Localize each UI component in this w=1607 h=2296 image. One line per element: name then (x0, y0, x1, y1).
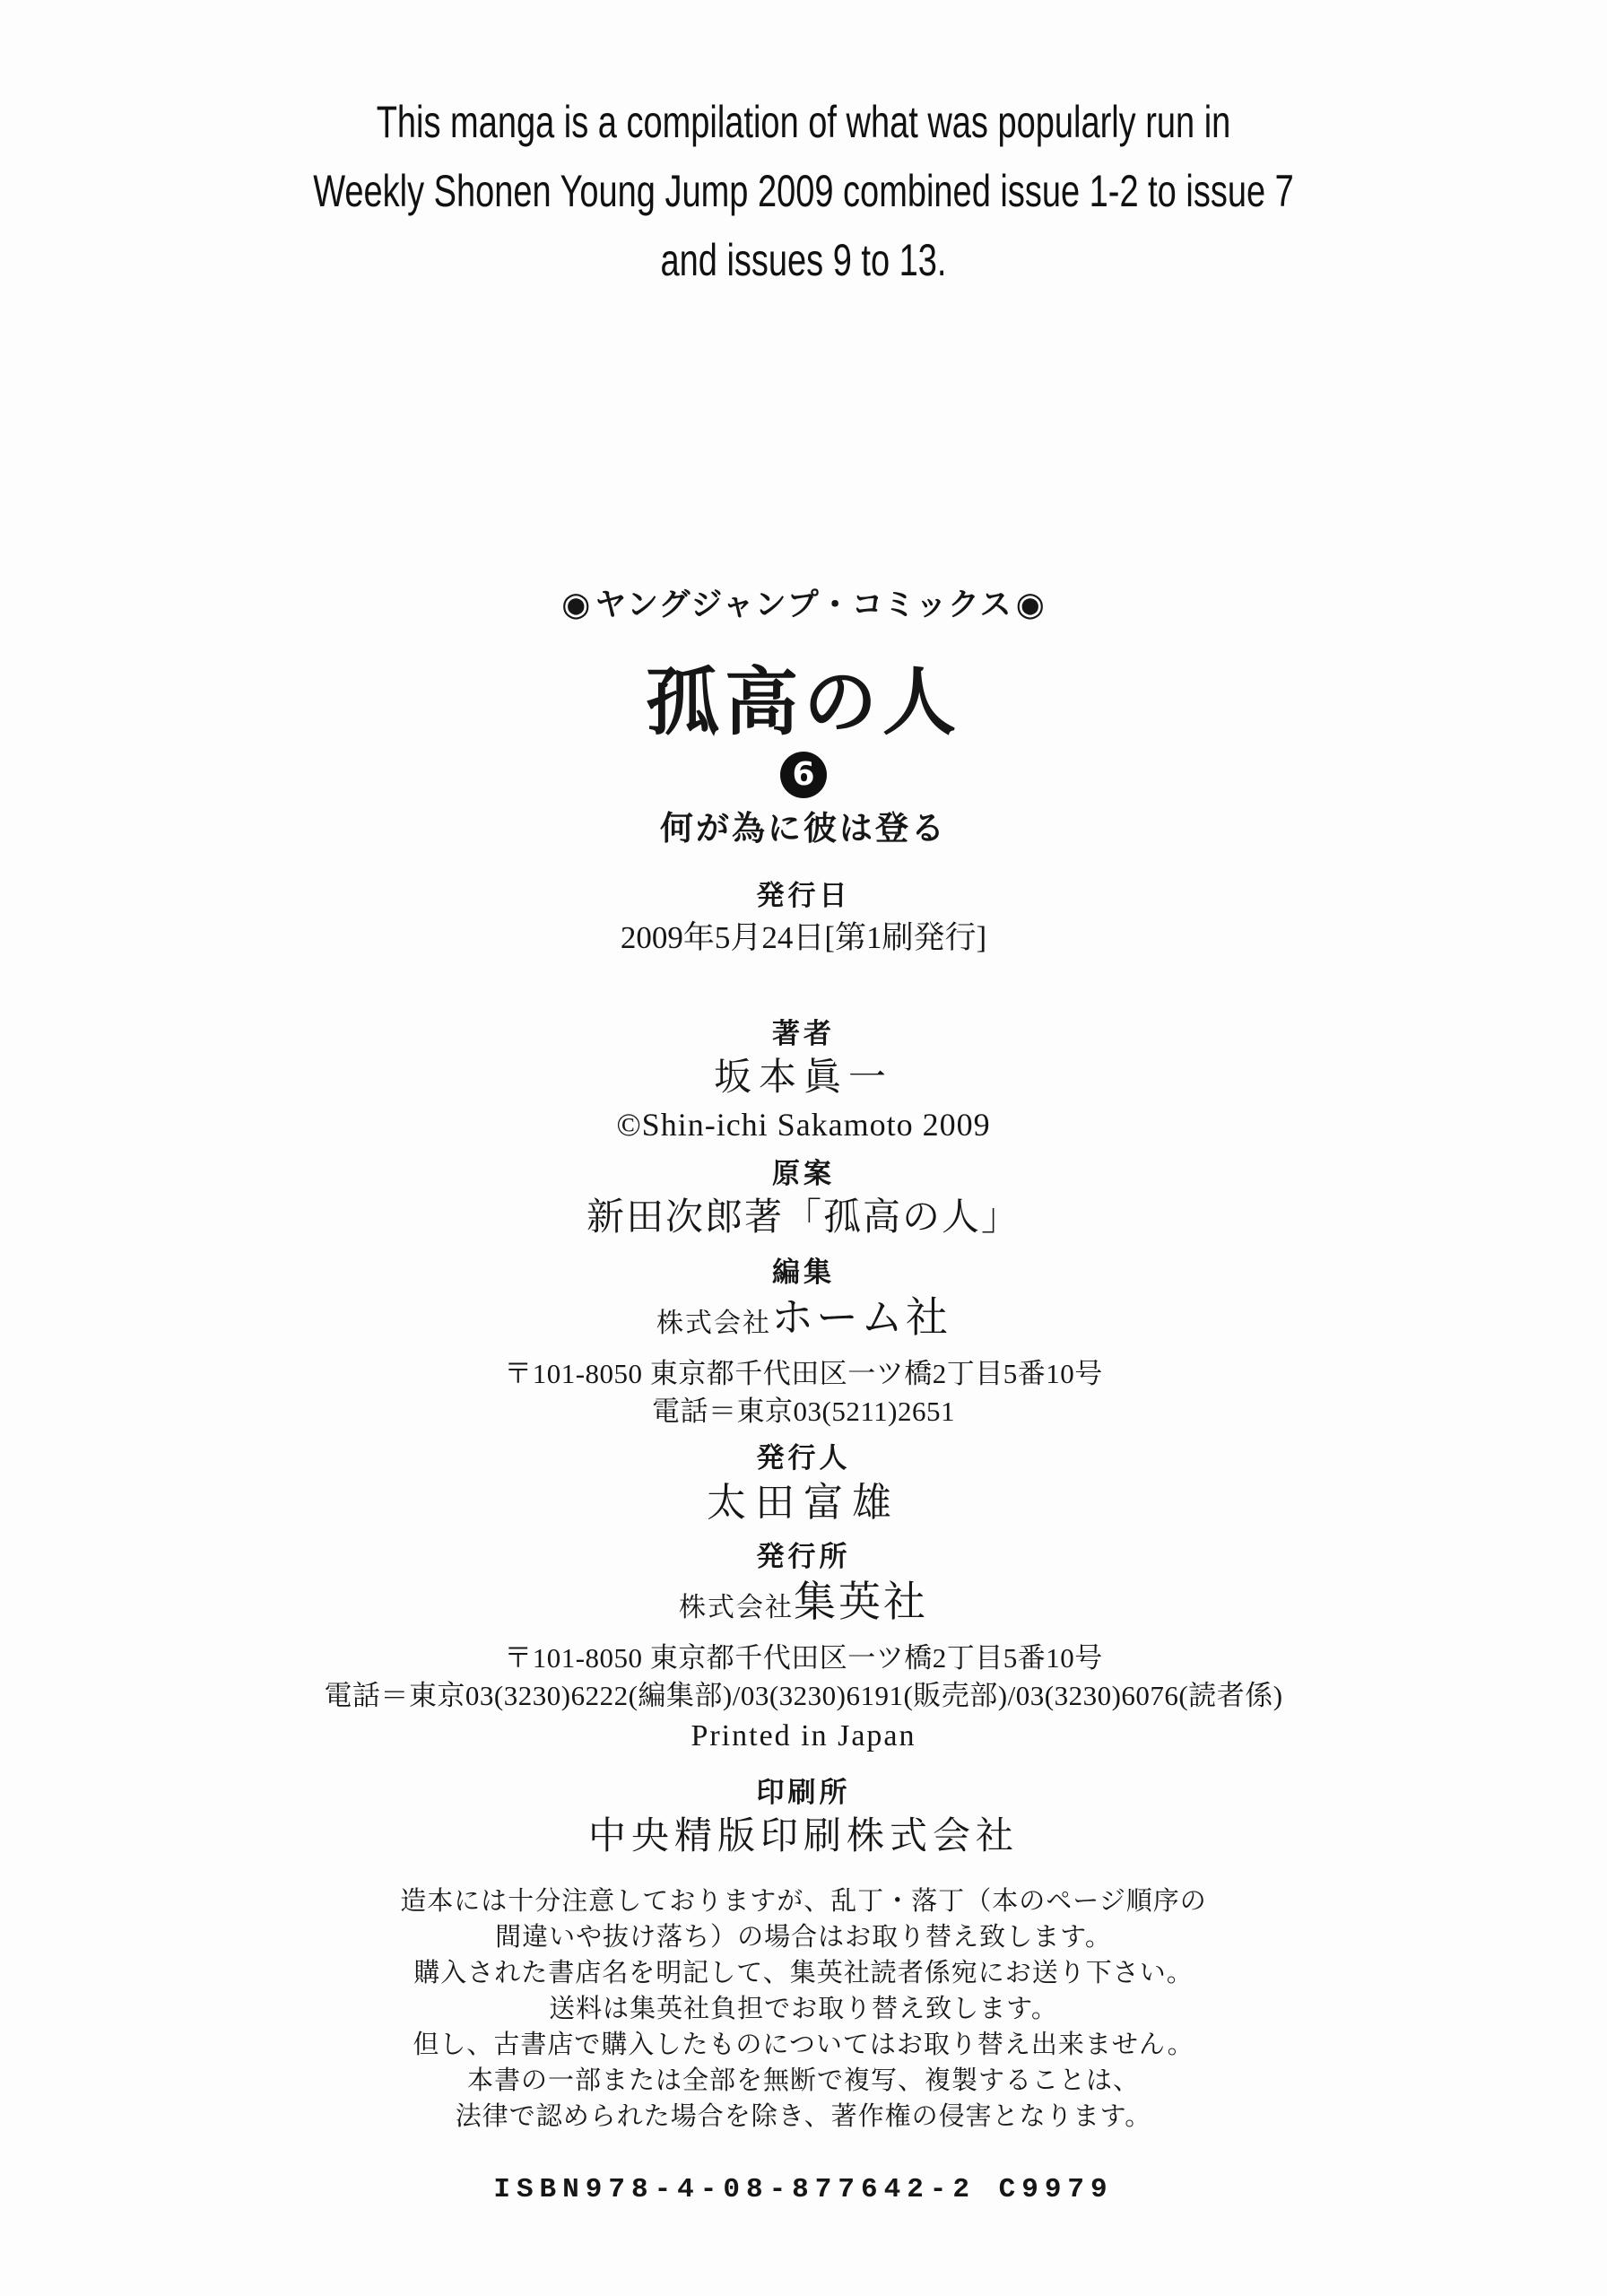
section-publication-date: 発行日 2009年5月24日[第1刷発行] (0, 877, 1607, 960)
original-story-value: 新田次郎著「孤高の人」 (0, 1193, 1607, 1243)
publication-date-value: 2009年5月24日[第1刷発行] (0, 917, 1607, 960)
editing-label: 編集 (0, 1254, 1607, 1291)
notice-line-1: 造本には十分注意しておりますが、乱丁・落丁（本のページ順序の (0, 1883, 1607, 1919)
editing-company: 株式会社ホーム社 (0, 1291, 1607, 1355)
publisher-company: 株式会社集英社 (0, 1576, 1607, 1639)
book-title: 孤高の人 (0, 662, 1607, 744)
handling-notice: 造本には十分注意しておりますが、乱丁・落丁（本のページ順序の 間違いや抜け落ち）… (0, 1883, 1607, 2135)
imprint-line: ◉ヤングジャンプ・コミックス◉ (0, 582, 1607, 628)
section-original-story: 原案 新田次郎著「孤高の人」 (0, 1155, 1607, 1243)
publisher-person-name: 太田富雄 (0, 1477, 1607, 1529)
english-note-line-3: and issues 9 to 13. (193, 226, 1414, 295)
notice-line-5: 但し、古書店で購入したものについてはお取り替え出来ません。 (0, 2027, 1607, 2063)
publication-date-label: 発行日 (0, 877, 1607, 915)
section-editing: 編集 株式会社ホーム社 〒101-8050 東京都千代田区一ツ橋2丁目5番10号… (0, 1254, 1607, 1431)
copyright-line: ©Shin-ichi Sakamoto 2009 (0, 1103, 1607, 1146)
publisher-phone: 電話＝東京03(3230)6222(編集部)/03(3230)6191(販売部)… (0, 1677, 1607, 1715)
english-note: This manga is a compilation of what was … (193, 0, 1414, 295)
notice-line-6: 本書の一部または全部を無断で複写、複製することは、 (0, 2063, 1607, 2099)
notice-line-2: 間違いや抜け落ち）の場合はお取り替え致します。 (0, 1919, 1607, 1955)
editing-phone: 電話＝東京03(5211)2651 (0, 1393, 1607, 1431)
section-author: 著者 坂本眞一 ©Shin-ichi Sakamoto 2009 (0, 1015, 1607, 1146)
author-name: 坂本眞一 (0, 1053, 1607, 1103)
printer-name: 中央精版印刷株式会社 (0, 1812, 1607, 1862)
publisher-company-prefix: 株式会社 (679, 1593, 794, 1622)
english-note-line-1: This manga is a compilation of what was … (193, 88, 1414, 157)
editing-company-name: ホーム社 (771, 1295, 951, 1342)
printed-in-japan: Printed in Japan (0, 1715, 1607, 1758)
imprint-label: ヤングジャンプ・コミックス (595, 587, 1012, 623)
author-label: 著者 (0, 1015, 1607, 1053)
editing-company-prefix: 株式会社 (656, 1309, 771, 1338)
notice-line-3: 購入された書店名を明記して、集英社読者係宛にお送り下さい。 (0, 1955, 1607, 1991)
fisheye-icon-right: ◉ (1012, 585, 1049, 623)
publisher-person-label: 発行人 (0, 1439, 1607, 1477)
publisher-address: 〒101-8050 東京都千代田区一ツ橋2丁目5番10号 (0, 1639, 1607, 1677)
notice-line-4: 送料は集英社負担でお取り替え致します。 (0, 1991, 1607, 2027)
publisher-company-name: 集英社 (794, 1579, 928, 1626)
publisher-label: 発行所 (0, 1538, 1607, 1576)
english-note-line-2: Weekly Shonen Young Jump 2009 combined i… (193, 157, 1414, 226)
volume-number-badge: 6 (780, 752, 827, 798)
isbn-line: ISBN978-4-08-877642-2 C9979 (0, 2172, 1607, 2208)
colophon-page: This manga is a compilation of what was … (0, 0, 1607, 2296)
editing-address: 〒101-8050 東京都千代田区一ツ橋2丁目5番10号 (0, 1355, 1607, 1393)
original-story-label: 原案 (0, 1155, 1607, 1193)
section-publisher-person: 発行人 太田富雄 (0, 1439, 1607, 1529)
book-subtitle: 何が為に彼は登る (0, 805, 1607, 852)
printer-label: 印刷所 (0, 1774, 1607, 1812)
section-publisher: 発行所 株式会社集英社 〒101-8050 東京都千代田区一ツ橋2丁目5番10号… (0, 1538, 1607, 1758)
fisheye-icon-left: ◉ (558, 585, 595, 623)
notice-line-7: 法律で認められた場合を除き、著作権の侵害となります。 (0, 2099, 1607, 2135)
section-printer: 印刷所 中央精版印刷株式会社 (0, 1774, 1607, 1862)
